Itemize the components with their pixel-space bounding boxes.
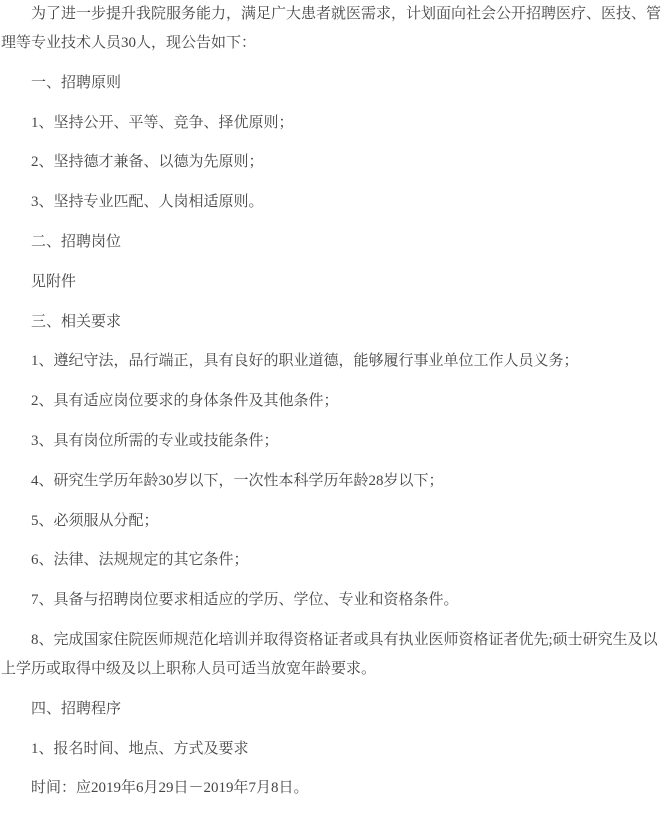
requirement-item-3: 3、具有岗位所需的专业或技能条件； [1,427,662,456]
registration-time: 时间：应2019年6月29日－2019年7月8日。 [1,774,662,803]
requirement-item-6: 6、法律、法规规定的其它条件； [1,546,662,575]
section-4-heading: 四、招聘程序 [1,695,662,724]
section-1-heading: 一、招聘原则 [1,69,662,98]
requirement-item-4: 4、研究生学历年龄30岁以下，一次性本科学历年龄28岁以下； [1,467,662,496]
requirement-item-7: 7、具备与招聘岗位要求相适应的学历、学位、专业和资格条件。 [1,586,662,615]
requirement-item-2: 2、具有适应岗位要求的身体条件及其他条件； [1,387,662,416]
intro-paragraph: 为了进一步提升我院服务能力，满足广大患者就医需求，计划面向社会公开招聘医疗、医技… [1,0,662,58]
attachment-note: 见附件 [1,268,662,297]
procedure-item-1: 1、报名时间、地点、方式及要求 [1,735,662,764]
section-2-heading: 二、招聘岗位 [1,228,662,257]
principle-item-2: 2、坚持德才兼备、以德为先原则； [1,148,662,177]
requirement-item-5: 5、必须服从分配； [1,507,662,536]
requirement-item-8: 8、完成国家住院医师规范化培训并取得资格证者或具有执业医师资格证者优先;硕士研究… [1,626,662,684]
principle-item-3: 3、坚持专业匹配、人岗相适原则。 [1,188,662,217]
principle-item-1: 1、坚持公开、平等、竞争、择优原则； [1,109,662,138]
requirement-item-1: 1、遵纪守法，品行端正，具有良好的职业道德，能够履行事业单位工作人员义务； [1,347,662,376]
section-3-heading: 三、相关要求 [1,308,662,337]
recruitment-announcement-document: 为了进一步提升我院服务能力，满足广大患者就医需求，计划面向社会公开招聘医疗、医技… [0,0,667,822]
